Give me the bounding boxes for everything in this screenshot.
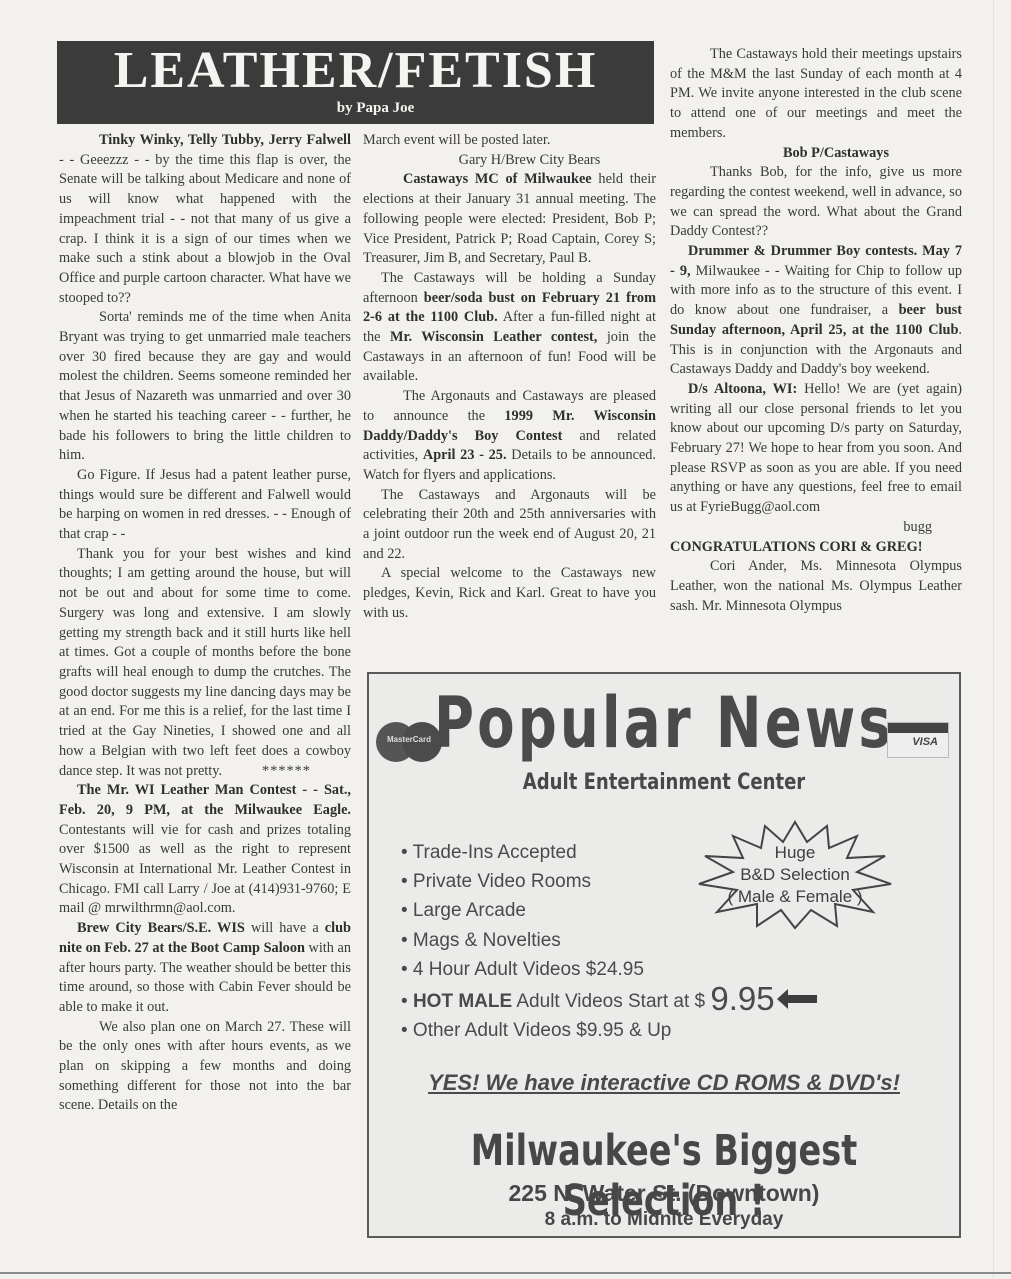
ad-hours: 8 a.m. to Midnite Everyday <box>369 1209 959 1231</box>
signature: Gary H/Brew City Bears <box>363 151 656 171</box>
ad-subtitle: Adult Entertainment Center <box>422 770 906 795</box>
arrow-left-icon <box>787 995 817 1003</box>
paragraph: March event will be posted later. <box>363 131 656 151</box>
column-masthead: LEATHER/FETISH by Papa Joe <box>57 41 654 124</box>
article-column-2: March event will be posted later. Gary H… <box>363 131 656 624</box>
paragraph: Thank you for your best wishes and kind … <box>59 545 351 781</box>
paragraph: The Castaways and Argonauts will be cele… <box>363 486 656 565</box>
advertisement-popular-news: MasterCard Popular News VISA Adult Enter… <box>367 672 961 1238</box>
paragraph: Go Figure. If Jesus had a patent leather… <box>59 466 351 545</box>
ad-brand-name: Popular News <box>434 682 894 764</box>
page-edge <box>993 0 994 1279</box>
column-title: LEATHER/FETISH <box>57 43 654 99</box>
paragraph: The Castaways will be holding a Sunday a… <box>363 269 656 387</box>
visa-logo-icon: VISA <box>887 722 949 758</box>
paragraph: A special welcome to the Castaways new p… <box>363 564 656 623</box>
paragraph: The Mr. WI Leather Man Contest - - Sat.,… <box>59 781 351 919</box>
byline: by Papa Joe <box>57 99 654 117</box>
signature: Bob P/Castaways <box>670 144 962 164</box>
paragraph: Tinky Winky, Telly Tubby, Jerry Falwell … <box>59 131 351 308</box>
event-heading: The Mr. WI Leather Man Contest - - Sat.,… <box>59 782 351 818</box>
page-bottom-rule <box>0 1272 1011 1274</box>
article-column-3: The Castaways hold their meetings upstai… <box>670 45 962 616</box>
ad-address: 225 N. Water St. (Downtown) <box>369 1180 959 1207</box>
paragraph: D/s Altoona, WI: Hello! We are (yet agai… <box>670 380 962 518</box>
lead-in: Tinky Winky, Telly Tubby, Jerry Falwell <box>99 132 351 148</box>
price: 9.95 <box>710 980 774 1017</box>
mastercard-logo-icon: MasterCard <box>376 722 442 762</box>
article-column-1: Tinky Winky, Telly Tubby, Jerry Falwell … <box>59 131 351 1116</box>
paragraph: Thanks Bob, for the info, give us more r… <box>670 163 962 242</box>
starburst-badge: Huge B&D Selection ( Male & Female ) <box>695 820 895 930</box>
paragraph: Sorta' reminds me of the time when Anita… <box>59 308 351 466</box>
ad-feature: • Other Adult Videos $9.95 & Up <box>401 1016 817 1045</box>
paragraph: The Castaways hold their meetings upstai… <box>670 45 962 144</box>
separator-stars: ****** <box>262 763 311 779</box>
ad-feature-hot: • HOT MALE Adult Videos Start at $ 9.95 <box>401 984 817 1016</box>
paragraph: The Argonauts and Castaways are pleased … <box>363 387 656 486</box>
paragraph: Castaways MC of Milwaukee held their ele… <box>363 170 656 269</box>
section-heading: CONGRATULATIONS CORI & GREG! <box>670 538 962 558</box>
ad-cdrom-banner: YES! We have interactive CD ROMS & DVD's… <box>369 1070 959 1096</box>
paragraph: Cori Ander, Ms. Minnesota Olympus Leathe… <box>670 557 962 616</box>
signature: bugg <box>670 518 962 538</box>
paragraph: We also plan one on March 27. These will… <box>59 1018 351 1117</box>
paragraph: Brew City Bears/S.E. WIS will have a clu… <box>59 919 351 1018</box>
paragraph: Drummer & Drummer Boy contests. May 7 - … <box>670 242 962 380</box>
